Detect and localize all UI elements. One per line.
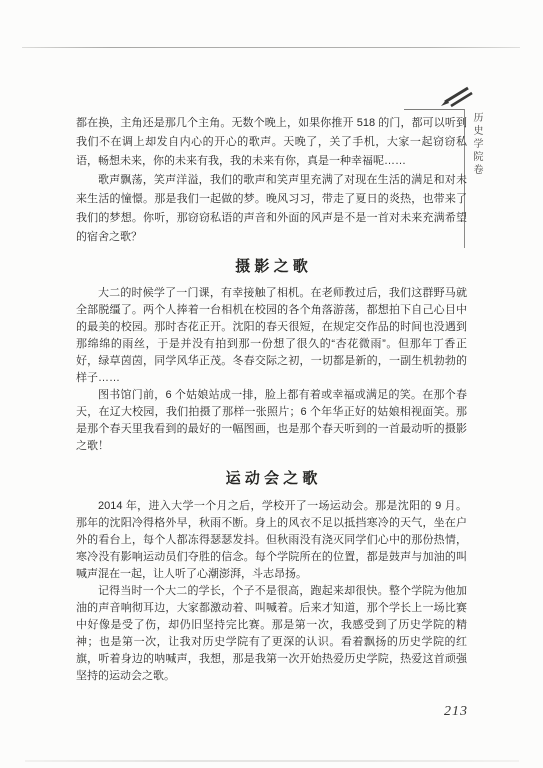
paragraph: 图书馆门前，6 个姑娘站成一排，脸上都有着或幸福或满足的笑。在那个春天，在辽大校… — [76, 387, 467, 455]
paragraph: 2014 年，进入大学一个月之后，学校开了一场运动会。那是沈阳的 9 月。那年的… — [76, 498, 467, 583]
sports-meet-song-paragraphs: 2014 年，进入大学一个月之后，学校开了一场运动会。那是沈阳的 9 月。那年的… — [76, 498, 467, 685]
paragraph: 都在换，主角还是那几个主角。无数个晚上，如果你推开 518 的门，都可以听到我们… — [76, 114, 467, 171]
pen-icon — [438, 82, 474, 110]
photography-song-paragraphs: 大二的时候学了一门课，有幸接触了相机。在老师教过后，我们这群野马就全部脱缰了。两… — [76, 285, 467, 455]
paragraph: 歌声飘荡，笑声洋溢，我们的歌声和笑声里充满了对现在生活的满足和对未来生活的憧憬。… — [76, 171, 467, 247]
page-top-edge-line — [22, 47, 520, 48]
page-number: 213 — [444, 704, 468, 720]
paragraph: 大二的时候学了一门课，有幸接触了相机。在老师教过后，我们这群野马就全部脱缰了。两… — [76, 285, 467, 387]
page-bottom-edge-line — [25, 760, 519, 762]
paragraph: 记得当时一个大二的学长，个子不是很高，跑起来却很快。整个学院为他加油的声音响彻耳… — [76, 583, 467, 685]
section-heading-photography-song: 摄 影 之 歌 — [76, 255, 467, 276]
section-heading-sports-meet-song: 运 动 会 之 歌 — [76, 467, 467, 488]
book-page: 历史学院卷 都在换，主角还是那几个主角。无数个晚上，如果你推开 518 的门，都… — [0, 0, 543, 768]
intro-paragraphs: 都在换，主角还是那几个主角。无数个晚上，如果你推开 518 的门，都可以听到我们… — [76, 114, 467, 247]
volume-side-tab: 历史学院卷 — [469, 112, 484, 177]
